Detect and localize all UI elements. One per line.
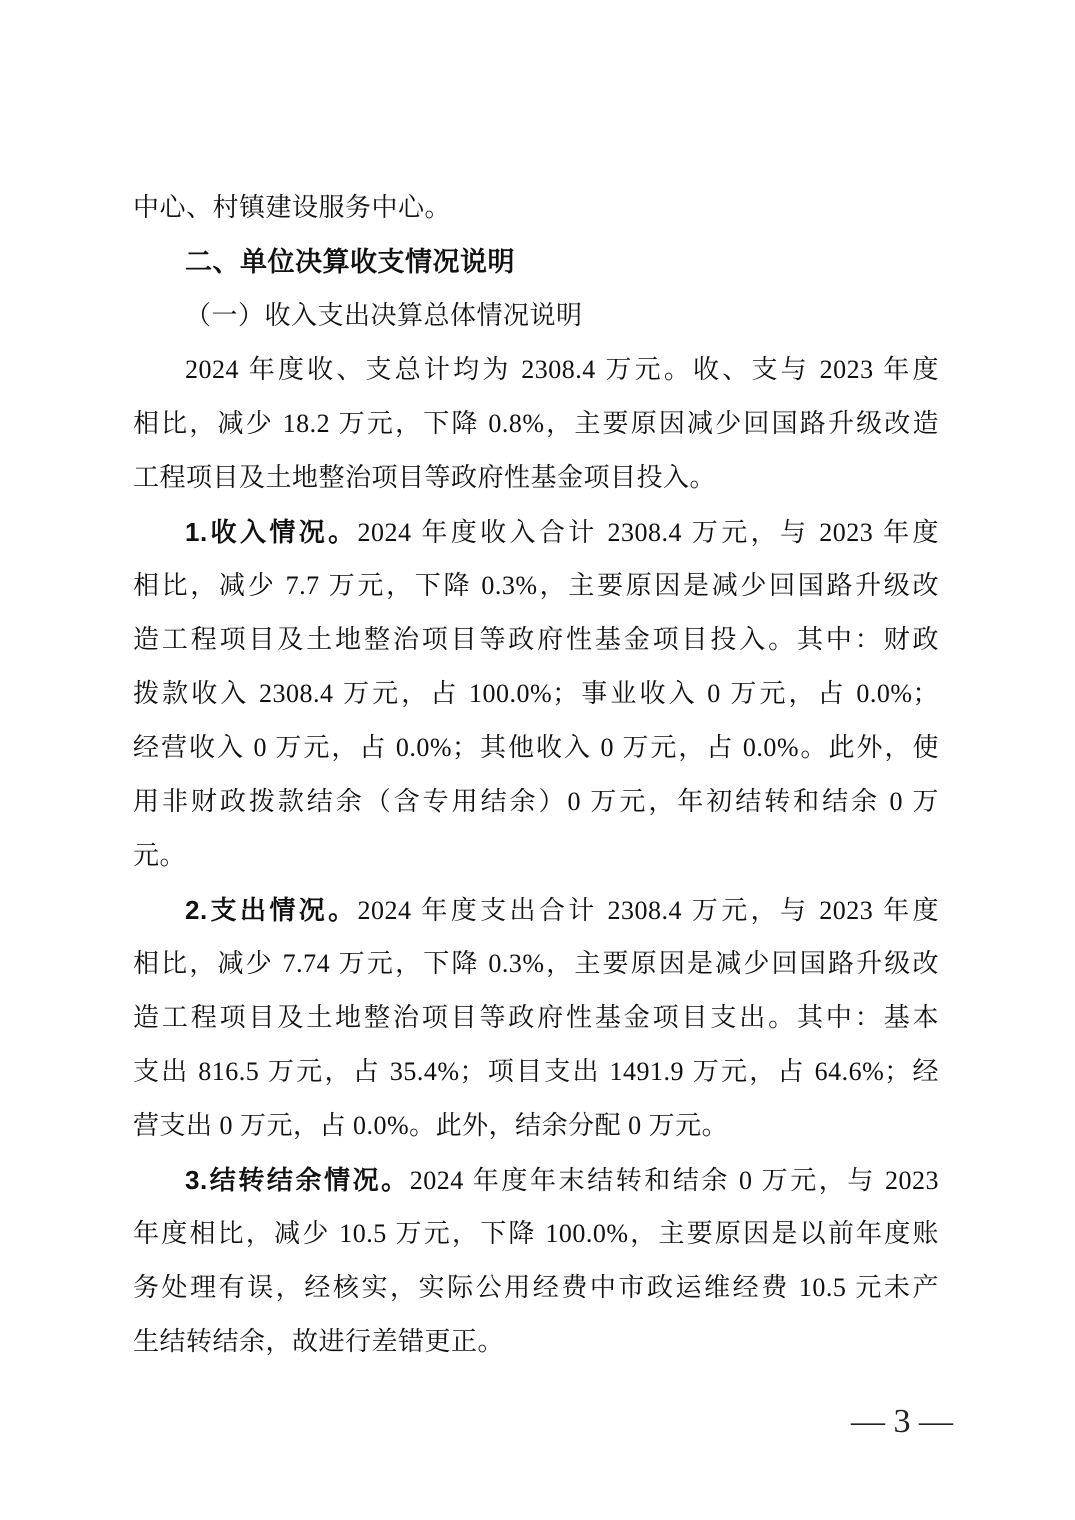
text-run: 用非财政拨款结余（含专用结余）0 万元，年初结转和结余 0 万 [133,787,939,816]
text-run: （一）收入支出决算总体情况说明 [185,301,583,330]
text-line: 相比，减少 18.2 万元，下降 0.8%，主要原因减少回国路升级改造 [133,397,939,451]
text-line: 相比，减少 7.74 万元，下降 0.3%，主要原因是减少回国路升级改 [133,937,939,991]
text-line: 造工程项目及土地整治项目等政府性基金项目投入。其中：财政 [133,613,939,667]
text-run: 相比，减少 7.74 万元，下降 0.3%，主要原因是减少回国路升级改 [133,949,939,978]
text-run: 元。 [133,841,186,870]
text-run: 2024 年度收、支总计均为 2308.4 万元。收、支与 2023 年度 [185,355,939,384]
text-run: 生结转结余，故进行差错更正。 [133,1327,504,1356]
text-run: 营支出 0 万元，占 0.0%。此外，结余分配 0 万元。 [133,1111,728,1140]
text-run: 拨款收入 2308.4 万元，占 100.0%；事业收入 0 万元，占 0.0%… [133,679,939,708]
bold-lead-in: 二、单位决算收支情况说明 [185,247,515,277]
text-run: 工程项目及土地整治项目等政府性基金项目投入。 [133,463,716,492]
section-heading: 二、单位决算收支情况说明 [133,235,939,289]
text-line: 用非财政拨款结余（含专用结余）0 万元，年初结转和结余 0 万 [133,775,939,829]
text-run: 年度相比，减少 10.5 万元，下降 100.0%，主要原因是以前年度账 [133,1219,939,1248]
text-run: 相比，减少 7.7 万元，下降 0.3%，主要原因是减少回国路升级改 [133,571,939,600]
bold-lead-in: 3.结转结余情况。 [185,1165,410,1195]
text-line: 中心、村镇建设服务中心。 [133,181,939,235]
text-run: 经营收入 0 万元，占 0.0%；其他收入 0 万元，占 0.0%。此外，使 [133,733,939,762]
text-line: 相比，减少 7.7 万元，下降 0.3%，主要原因是减少回国路升级改 [133,559,939,613]
text-line: 1.收入情况。2024 年度收入合计 2308.4 万元，与 2023 年度 [133,505,939,559]
text-line: 支出 816.5 万元，占 35.4%；项目支出 1491.9 万元，占 64.… [133,1045,939,1099]
text-run: 造工程项目及土地整治项目等政府性基金项目支出。其中：基本 [133,1003,939,1032]
text-line: 3.结转结余情况。2024 年度年末结转和结余 0 万元，与 2023 [133,1153,939,1207]
text-run: 支出 816.5 万元，占 35.4%；项目支出 1491.9 万元，占 64.… [133,1057,939,1086]
text-run: 造工程项目及土地整治项目等政府性基金项目投入。其中：财政 [133,625,939,654]
text-run: 中心、村镇建设服务中心。 [133,193,451,222]
text-line: 元。 [133,829,939,883]
text-run: 2024 年度年末结转和结余 0 万元，与 2023 [410,1166,939,1195]
text-run: 务处理有误，经核实，实际公用经费中市政运维经费 10.5 元未产 [133,1273,939,1302]
document-page: 中心、村镇建设服务中心。二、单位决算收支情况说明（一）收入支出决算总体情况说明2… [0,0,1075,1520]
text-block: 中心、村镇建设服务中心。二、单位决算收支情况说明（一）收入支出决算总体情况说明2… [133,181,939,1369]
text-line: 经营收入 0 万元，占 0.0%；其他收入 0 万元，占 0.0%。此外，使 [133,721,939,775]
page-number: — 3 — [851,1402,953,1442]
text-line: 造工程项目及土地整治项目等政府性基金项目支出。其中：基本 [133,991,939,1045]
bold-lead-in: 2.支出情况。 [185,895,357,925]
text-run: 2024 年度支出合计 2308.4 万元，与 2023 年度 [357,896,939,925]
text-line: 拨款收入 2308.4 万元，占 100.0%；事业收入 0 万元，占 0.0%… [133,667,939,721]
bold-lead-in: 1.收入情况。 [185,517,357,547]
sub-heading: （一）收入支出决算总体情况说明 [133,289,939,343]
text-line: 生结转结余，故进行差错更正。 [133,1315,939,1369]
text-line: 2.支出情况。2024 年度支出合计 2308.4 万元，与 2023 年度 [133,883,939,937]
text-line: 务处理有误，经核实，实际公用经费中市政运维经费 10.5 元未产 [133,1261,939,1315]
text-line: 年度相比，减少 10.5 万元，下降 100.0%，主要原因是以前年度账 [133,1207,939,1261]
text-run: 2024 年度收入合计 2308.4 万元，与 2023 年度 [357,518,939,547]
text-line: 工程项目及土地整治项目等政府性基金项目投入。 [133,451,939,505]
text-line: 营支出 0 万元，占 0.0%。此外，结余分配 0 万元。 [133,1099,939,1153]
text-run: 相比，减少 18.2 万元，下降 0.8%，主要原因减少回国路升级改造 [133,409,939,438]
text-line: 2024 年度收、支总计均为 2308.4 万元。收、支与 2023 年度 [133,343,939,397]
